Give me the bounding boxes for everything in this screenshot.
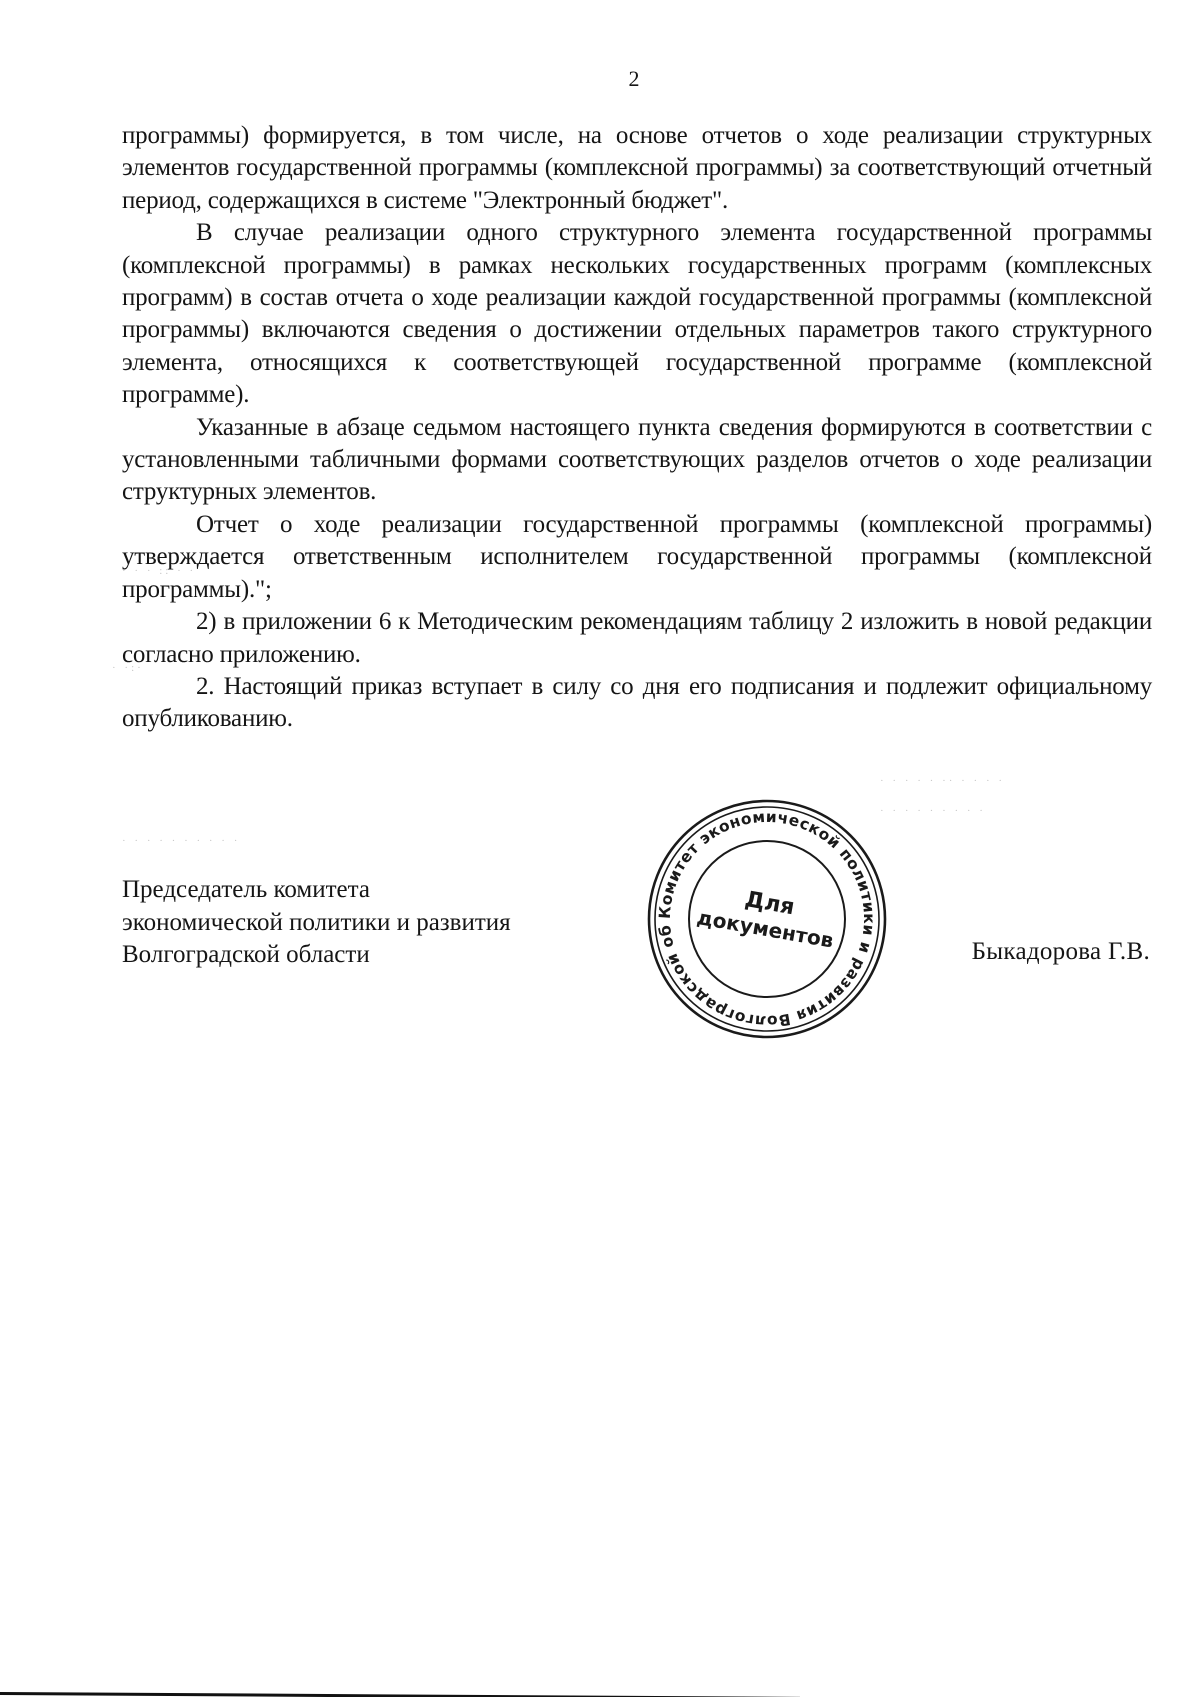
paragraph-table-forms: Указанные в абзаце седьмом настоящего пу… xyxy=(122,412,1152,509)
signer-name: Быкадорова Г.В. xyxy=(972,936,1150,968)
signer-position-line: Волгоградской области xyxy=(122,939,511,972)
paragraph-report-approval: Отчет о ходе реализации государственной … xyxy=(122,509,1152,606)
signer-position-line: экономической политики и развития xyxy=(122,907,511,940)
page-number: 2 xyxy=(0,66,1200,92)
paragraph-effective-date: 2. Настоящий приказ вступает в силу со д… xyxy=(122,671,1152,736)
document-body: программы) формируется, в том числе, на … xyxy=(122,120,1152,736)
official-seal-icon: Комитет экономической политики и развити… xyxy=(642,794,892,1044)
scan-noise: · · · · · ·· · · · · xyxy=(880,775,1005,787)
scan-noise: · · · · · · · · · xyxy=(880,805,986,817)
paragraph-multiple-programs: В случае реализации одного структурного … xyxy=(122,217,1152,411)
signer-position: Председатель комитета экономической поли… xyxy=(122,874,511,972)
scan-noise: · · · · · · · · · · xyxy=(122,835,240,847)
signer-position-line: Председатель комитета xyxy=(122,874,511,907)
paragraph-continuation: программы) формируется, в том числе, на … xyxy=(122,120,1152,217)
paragraph-appendix-6: 2) в приложении 6 к Методическим рекомен… xyxy=(122,606,1152,671)
scan-edge-line xyxy=(0,1692,800,1697)
